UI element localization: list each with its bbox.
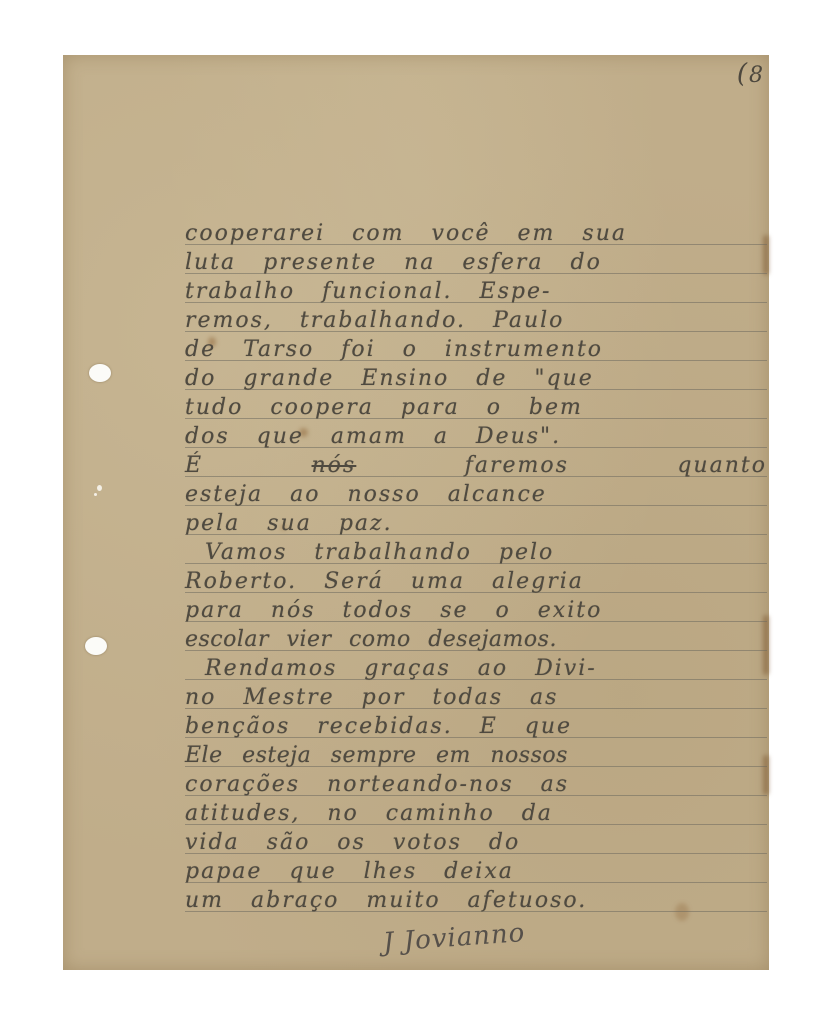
handwritten-line: tudo coopera para o bem [185, 395, 767, 421]
page-number: (8 [737, 59, 763, 89]
handwritten-line: remos, trabalhando. Paulo [185, 308, 767, 334]
handwritten-line: papae que lhes deixa [185, 859, 767, 885]
handwritten-line: dos que amam a Deus". [185, 424, 767, 450]
handwritten-line: pela sua paz. [185, 511, 767, 537]
handwritten-line: para nós todos se o exito [185, 598, 767, 624]
handwritten-line: escolar vier como desejamos. [185, 627, 767, 653]
word: É [185, 453, 203, 479]
paper-speck [94, 493, 97, 496]
punch-hole-top [89, 364, 111, 382]
handwritten-line: vida são os votos do [185, 830, 767, 856]
handwritten-line: Ele esteja sempre em nossos [185, 743, 767, 769]
letter-page: (8 cooperarei com você em sua luta prese… [63, 55, 769, 970]
handwritten-line: no Mestre por todas as [185, 685, 767, 711]
punch-hole-bottom [85, 637, 107, 655]
handwritten-line: um abraço muito afetuoso. [185, 888, 767, 914]
handwritten-line: É nós faremos quanto [185, 453, 767, 479]
handwritten-line: de Tarso foi o instrumento [185, 337, 767, 363]
signature: J Jovianno [382, 918, 526, 958]
handwritten-line: cooperarei com você em sua [185, 221, 767, 247]
handwritten-line: corações norteando-nos as [185, 772, 767, 798]
struck-word: nós [312, 453, 357, 479]
handwritten-line: Roberto. Será uma alegria [185, 569, 767, 595]
handwritten-line: Rendamos graças ao Divi- [185, 656, 767, 682]
handwritten-line: luta presente na esfera do [185, 250, 767, 276]
paper-speck [97, 485, 102, 491]
handwritten-line: atitudes, no caminho da [185, 801, 767, 827]
word: quanto [677, 453, 767, 479]
handwritten-line: bençãos recebidas. E que [185, 714, 767, 740]
handwritten-line: trabalho funcional. Espe- [185, 279, 767, 305]
handwritten-line: esteja ao nosso alcance [185, 482, 767, 508]
handwritten-line: Vamos trabalhando pelo [185, 540, 767, 566]
handwritten-line: do grande Ensino de "que [185, 366, 767, 392]
word: faremos [465, 453, 569, 479]
